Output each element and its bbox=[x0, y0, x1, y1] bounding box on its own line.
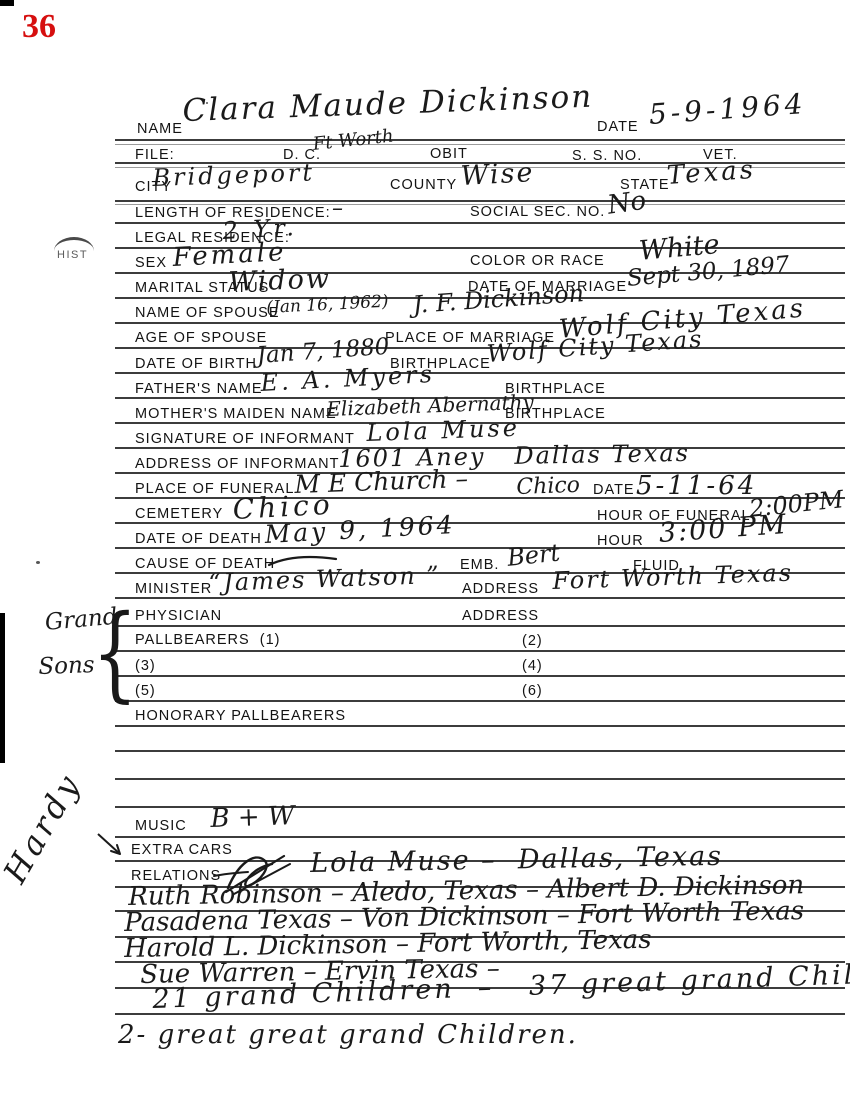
pallbearers-1-label: PALLBEARERS (1) bbox=[135, 632, 280, 648]
father-label: FATHER'S NAME bbox=[135, 381, 263, 397]
birth-date-label: DATE OF BIRTH bbox=[135, 356, 257, 372]
ruled-line bbox=[115, 144, 845, 145]
minister-value: “James Watson ” bbox=[208, 563, 441, 595]
honorary-label: HONORARY PALLBEARERS bbox=[135, 708, 346, 724]
ruled-line bbox=[115, 1013, 845, 1015]
city-value: Bridgeport bbox=[152, 160, 315, 190]
spouse-age-label: AGE OF SPOUSE bbox=[135, 330, 267, 346]
ruled-line bbox=[115, 675, 845, 677]
ruled-line bbox=[115, 778, 845, 780]
informant-label: SIGNATURE OF INFORMANT bbox=[135, 431, 355, 447]
pallbearers-4-label: (4) bbox=[522, 658, 543, 674]
informant-value: Lola Muse bbox=[366, 416, 520, 445]
pallbearers-5-label: (5) bbox=[135, 683, 156, 699]
arrow-mark bbox=[96, 832, 130, 862]
length-residence-value: – bbox=[332, 198, 343, 220]
extra-cars-label: EXTRA CARS bbox=[131, 842, 233, 858]
scanned-form-page: 36 HIST NAME Clara Maude Dickinson DATE … bbox=[0, 0, 850, 1100]
cemetery-label: CEMETERY bbox=[135, 506, 223, 522]
spouse-note: (Jan 16, 1962) bbox=[266, 294, 389, 317]
minister-address-label: ADDRESS bbox=[462, 581, 539, 597]
father-value: E. A. Myers bbox=[260, 362, 436, 395]
scan-speck bbox=[36, 561, 40, 564]
funeral-date-value: 5-11-64 bbox=[636, 473, 757, 499]
ruled-line bbox=[115, 650, 845, 652]
spouse-value: J. F. Dickinson bbox=[412, 281, 585, 317]
marital-value: Widow bbox=[228, 265, 331, 296]
death-date-label: DATE OF DEATH bbox=[135, 531, 262, 547]
ruled-line bbox=[115, 372, 845, 374]
minister-label: MINISTER bbox=[135, 581, 212, 597]
name-value: Clara Maude Dickinson bbox=[182, 82, 594, 127]
pallbearers-brace: { bbox=[92, 604, 138, 702]
ruled-line bbox=[115, 200, 845, 202]
funeral-date-label: DATE bbox=[593, 482, 635, 498]
obit-label: OBIT bbox=[430, 146, 468, 162]
sex-label: SEX bbox=[135, 255, 167, 271]
social-sec-label: SOCIAL SEC. NO. bbox=[470, 204, 605, 220]
relations-line: 2- great great grand Children. bbox=[118, 1022, 578, 1048]
minister-address-value: Fort Worth Texas bbox=[552, 561, 793, 593]
physician-address-label: ADDRESS bbox=[462, 608, 539, 624]
social-sec-value: No bbox=[606, 188, 648, 219]
ruled-line bbox=[115, 750, 845, 752]
mother-label: MOTHER'S MAIDEN NAME bbox=[135, 406, 337, 422]
margin-note-hardy: Hardy bbox=[0, 767, 86, 888]
funeral-place-value2: Chico bbox=[516, 475, 580, 499]
page-number: 36 bbox=[22, 8, 56, 46]
race-label: COLOR OR RACE bbox=[470, 253, 605, 269]
music-value: B + W bbox=[210, 803, 295, 832]
file-dc-value: Ft Worth bbox=[312, 128, 394, 154]
pallbearers-2-label: (2) bbox=[522, 633, 543, 649]
date-label: DATE bbox=[597, 119, 639, 135]
date-value: 5-9-1964 bbox=[648, 90, 807, 129]
county-label: COUNTY bbox=[390, 177, 457, 193]
emb-value: Bert bbox=[506, 540, 561, 569]
name-label: NAME bbox=[137, 121, 183, 137]
ssno-label: S. S. NO. bbox=[572, 148, 642, 164]
ruled-line bbox=[115, 139, 845, 141]
hist-stamp: HIST bbox=[57, 249, 88, 261]
death-hour-label: HOUR bbox=[597, 533, 644, 549]
ruled-line bbox=[115, 625, 845, 627]
music-label: MUSIC bbox=[135, 818, 187, 834]
pallbearers-6-label: (6) bbox=[522, 683, 543, 699]
mother-birthplace-label: BIRTHPLACE bbox=[505, 406, 606, 422]
death-hour-value: 3:00 PM bbox=[658, 511, 789, 547]
emb-label: EMB. bbox=[460, 557, 499, 573]
physician-label: PHYSICIAN bbox=[135, 608, 222, 624]
pallbearers-3-label: (3) bbox=[135, 658, 156, 674]
ruled-line bbox=[115, 347, 845, 349]
ruled-line bbox=[115, 725, 845, 727]
county-value: Wise bbox=[460, 159, 535, 190]
margin-note-sons: Sons bbox=[38, 654, 95, 679]
scan-corner-mark bbox=[0, 0, 14, 6]
spouse-label: NAME OF SPOUSE bbox=[135, 305, 280, 321]
scan-edge-bar bbox=[0, 613, 5, 763]
file-label: FILE: bbox=[135, 147, 175, 163]
state-value: Texas bbox=[666, 157, 757, 189]
ruled-line bbox=[115, 700, 845, 702]
ruled-line bbox=[115, 547, 845, 549]
ruled-line bbox=[115, 597, 845, 599]
